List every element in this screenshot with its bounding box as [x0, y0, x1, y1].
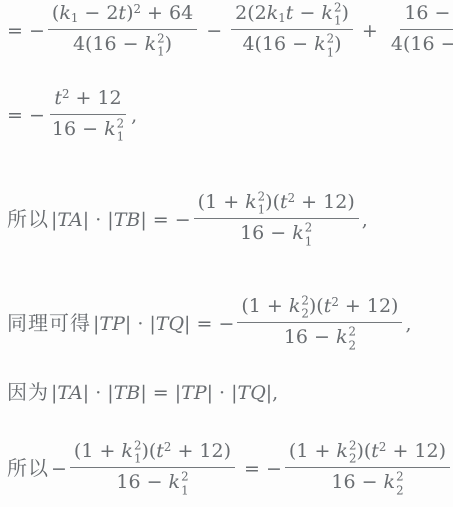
subscript: 2 [396, 484, 404, 497]
superscript: 2 [62, 87, 70, 101]
sub-sup-stack: 22 [349, 326, 357, 352]
sub-sup-stack: 22 [349, 440, 357, 466]
math-token: 4(16 − [391, 34, 453, 56]
math-token: − [293, 2, 321, 24]
variable: t [280, 191, 288, 213]
math-token: 16 − [52, 118, 104, 140]
superscript: 2 [331, 295, 339, 309]
math-token: ) [341, 2, 348, 24]
subscript: 1 [134, 453, 142, 466]
variable: k [321, 2, 333, 24]
variable: k [336, 327, 348, 349]
denominator: 4(16 − k21) [238, 30, 345, 58]
numerator: 16 − k21 [400, 1, 453, 30]
variable: t [54, 87, 62, 109]
math-token: 4(16 − [242, 34, 314, 56]
subscript: 1 [278, 11, 286, 25]
math-token: 2(2 [235, 2, 267, 24]
sub-sup-stack: 21 [134, 440, 142, 466]
math-token: | = − [140, 209, 190, 231]
math-token: )( [356, 440, 371, 462]
superscript: 2 [164, 440, 172, 454]
equation-line-6: 所以−(1 + k21)(t2 + 12)16 − k21 = −(1 + k2… [7, 441, 453, 499]
math-token: | · | [125, 313, 156, 335]
math-token: | · | [83, 382, 114, 404]
equation-line-2: = −t2 + 1216 − k21, [7, 88, 137, 145]
variable: TB [114, 382, 141, 404]
variable: k [267, 2, 279, 24]
math-token: − [200, 20, 228, 42]
subscript: 2 [349, 339, 357, 352]
math-token: = − [7, 105, 45, 127]
variable: k [121, 440, 133, 462]
variable: k [384, 472, 396, 494]
subscript: 1 [327, 46, 335, 59]
variable: k [314, 34, 326, 56]
fraction: (1 + k21)(t2 + 12)16 − k21 [70, 439, 235, 497]
fraction: (1 + k21)(t2 + 12)16 − k21 [194, 190, 359, 248]
numerator: t2 + 12 [50, 86, 125, 115]
math-token: (1 + [241, 295, 289, 317]
variable: k [59, 2, 71, 24]
variable: TP [99, 313, 124, 335]
subscript: 1 [334, 15, 342, 28]
denominator: 16 − k21 [112, 468, 192, 496]
math-token: ) [334, 34, 341, 56]
math-token: + 64 [141, 2, 193, 24]
math-token: + 12) [386, 440, 446, 462]
cjk-text: 因为 [7, 382, 49, 404]
numerator: (1 + k21)(t2 + 12) [70, 439, 235, 468]
math-token: )( [141, 440, 156, 462]
cjk-text: 同理可得 [7, 313, 91, 335]
math-token: |, [266, 382, 278, 404]
math-solution-page: = −(k1 − 2t)2 + 644(16 − k21) − 2(2k1t −… [0, 0, 453, 507]
denominator: 4(16 − k21) [387, 30, 453, 58]
math-token: 4(16 − [73, 33, 145, 55]
subscript: 1 [305, 235, 313, 248]
sub-sup-stack: 21 [305, 222, 313, 248]
numerator: (k1 − 2t)2 + 64 [48, 1, 197, 30]
sub-sup-stack: 21 [181, 471, 189, 497]
sub-sup-stack: 21 [334, 2, 342, 28]
fraction: (k1 − 2t)2 + 644(16 − k21) [48, 1, 197, 58]
sub-sup-stack: 22 [301, 295, 309, 321]
subscript: 2 [349, 453, 357, 466]
math-token: | · | [207, 382, 238, 404]
sub-sup-stack: 21 [327, 33, 335, 59]
subscript: 1 [181, 484, 189, 497]
variable: t [324, 295, 332, 317]
math-token: 16 − [116, 472, 168, 494]
math-token: + 12) [171, 440, 231, 462]
variable: TB [114, 209, 141, 231]
math-token: = − [238, 458, 282, 480]
math-token: (1 + [198, 191, 246, 213]
variable: k [245, 191, 257, 213]
variable: TQ [238, 382, 266, 404]
denominator: 16 − k21 [48, 115, 128, 143]
math-token: 16 − [284, 327, 336, 349]
equation-line-1: = −(k1 − 2t)2 + 644(16 − k21) − 2(2k1t −… [7, 3, 453, 61]
math-token: (1 + [289, 440, 337, 462]
math-token: 16 − [404, 2, 453, 24]
variable: TA [57, 382, 82, 404]
math-token: + 12) [295, 191, 355, 213]
denominator: 16 − k21 [236, 219, 316, 247]
math-token: , [362, 209, 368, 231]
variable: TP [181, 382, 206, 404]
sub-sup-stack: 22 [396, 471, 404, 497]
math-token: + [356, 20, 384, 42]
fraction: 2(2k1t − k21)4(16 − k21) [231, 1, 353, 59]
superscript: 2 [379, 440, 387, 454]
subscript: 1 [258, 204, 266, 217]
math-token: 16 − [331, 472, 383, 494]
variable: TA [57, 209, 82, 231]
numerator: (1 + k21)(t2 + 12) [194, 190, 359, 219]
math-token: ) [165, 33, 172, 55]
math-token: 16 − [240, 223, 292, 245]
sub-sup-stack: 21 [157, 33, 165, 59]
sub-sup-stack: 21 [117, 118, 125, 144]
math-token: | = | [140, 382, 181, 404]
variable: TQ [156, 313, 184, 335]
math-token: )( [309, 295, 324, 317]
fraction: t2 + 1216 − k21 [48, 86, 128, 143]
variable: k [292, 223, 304, 245]
equation-line-4: 同理可得|TP| · |TQ| = −(1 + k22)(t2 + 12)16 … [7, 296, 412, 354]
superscript: 2 [288, 191, 296, 205]
variable: t [371, 440, 379, 462]
superscript: 2 [133, 2, 141, 16]
variable: k [145, 33, 157, 55]
numerator: (1 + k22)(t2 + 12) [237, 294, 402, 323]
variable: k [289, 295, 301, 317]
math-token: )( [265, 191, 280, 213]
math-token: − 2 [78, 2, 118, 24]
cjk-text: 所以 [7, 458, 49, 480]
variable: k [104, 118, 116, 140]
math-token: − [51, 458, 67, 480]
math-token: ) [126, 2, 133, 24]
fraction: (1 + k22)(t2 + 12)16 − k22 [237, 294, 402, 352]
subscript: 1 [71, 11, 79, 25]
math-token: (1 + [74, 440, 122, 462]
math-token: | · | [83, 209, 114, 231]
math-token: + 12) [339, 295, 399, 317]
subscript: 1 [157, 46, 165, 59]
sub-sup-stack: 21 [258, 191, 266, 217]
variable: t [156, 440, 164, 462]
fraction: (1 + k22)(t2 + 12)16 − k22 [285, 439, 450, 497]
equation-line-3: 所以|TA| · |TB| = −(1 + k21)(t2 + 12)16 − … [7, 192, 368, 250]
equation-line-5: 因为|TA| · |TB| = |TP| · |TQ|, [7, 380, 278, 406]
variable: k [169, 472, 181, 494]
denominator: 16 − k22 [327, 468, 407, 496]
fraction: 16 − k214(16 − k21) [387, 1, 453, 59]
numerator: 2(2k1t − k21) [231, 1, 353, 30]
cjk-text: 所以 [7, 209, 49, 231]
subscript: 2 [301, 308, 309, 321]
math-token: + 12 [69, 87, 121, 109]
denominator: 4(16 − k21) [69, 30, 176, 58]
subscript: 1 [117, 131, 125, 144]
variable: k [336, 440, 348, 462]
numerator: (1 + k22)(t2 + 12) [285, 439, 450, 468]
math-token: = − [7, 20, 45, 42]
math-token: | = − [184, 313, 234, 335]
math-token: , [405, 313, 411, 335]
math-token: , [131, 105, 137, 127]
denominator: 16 − k22 [280, 323, 360, 351]
